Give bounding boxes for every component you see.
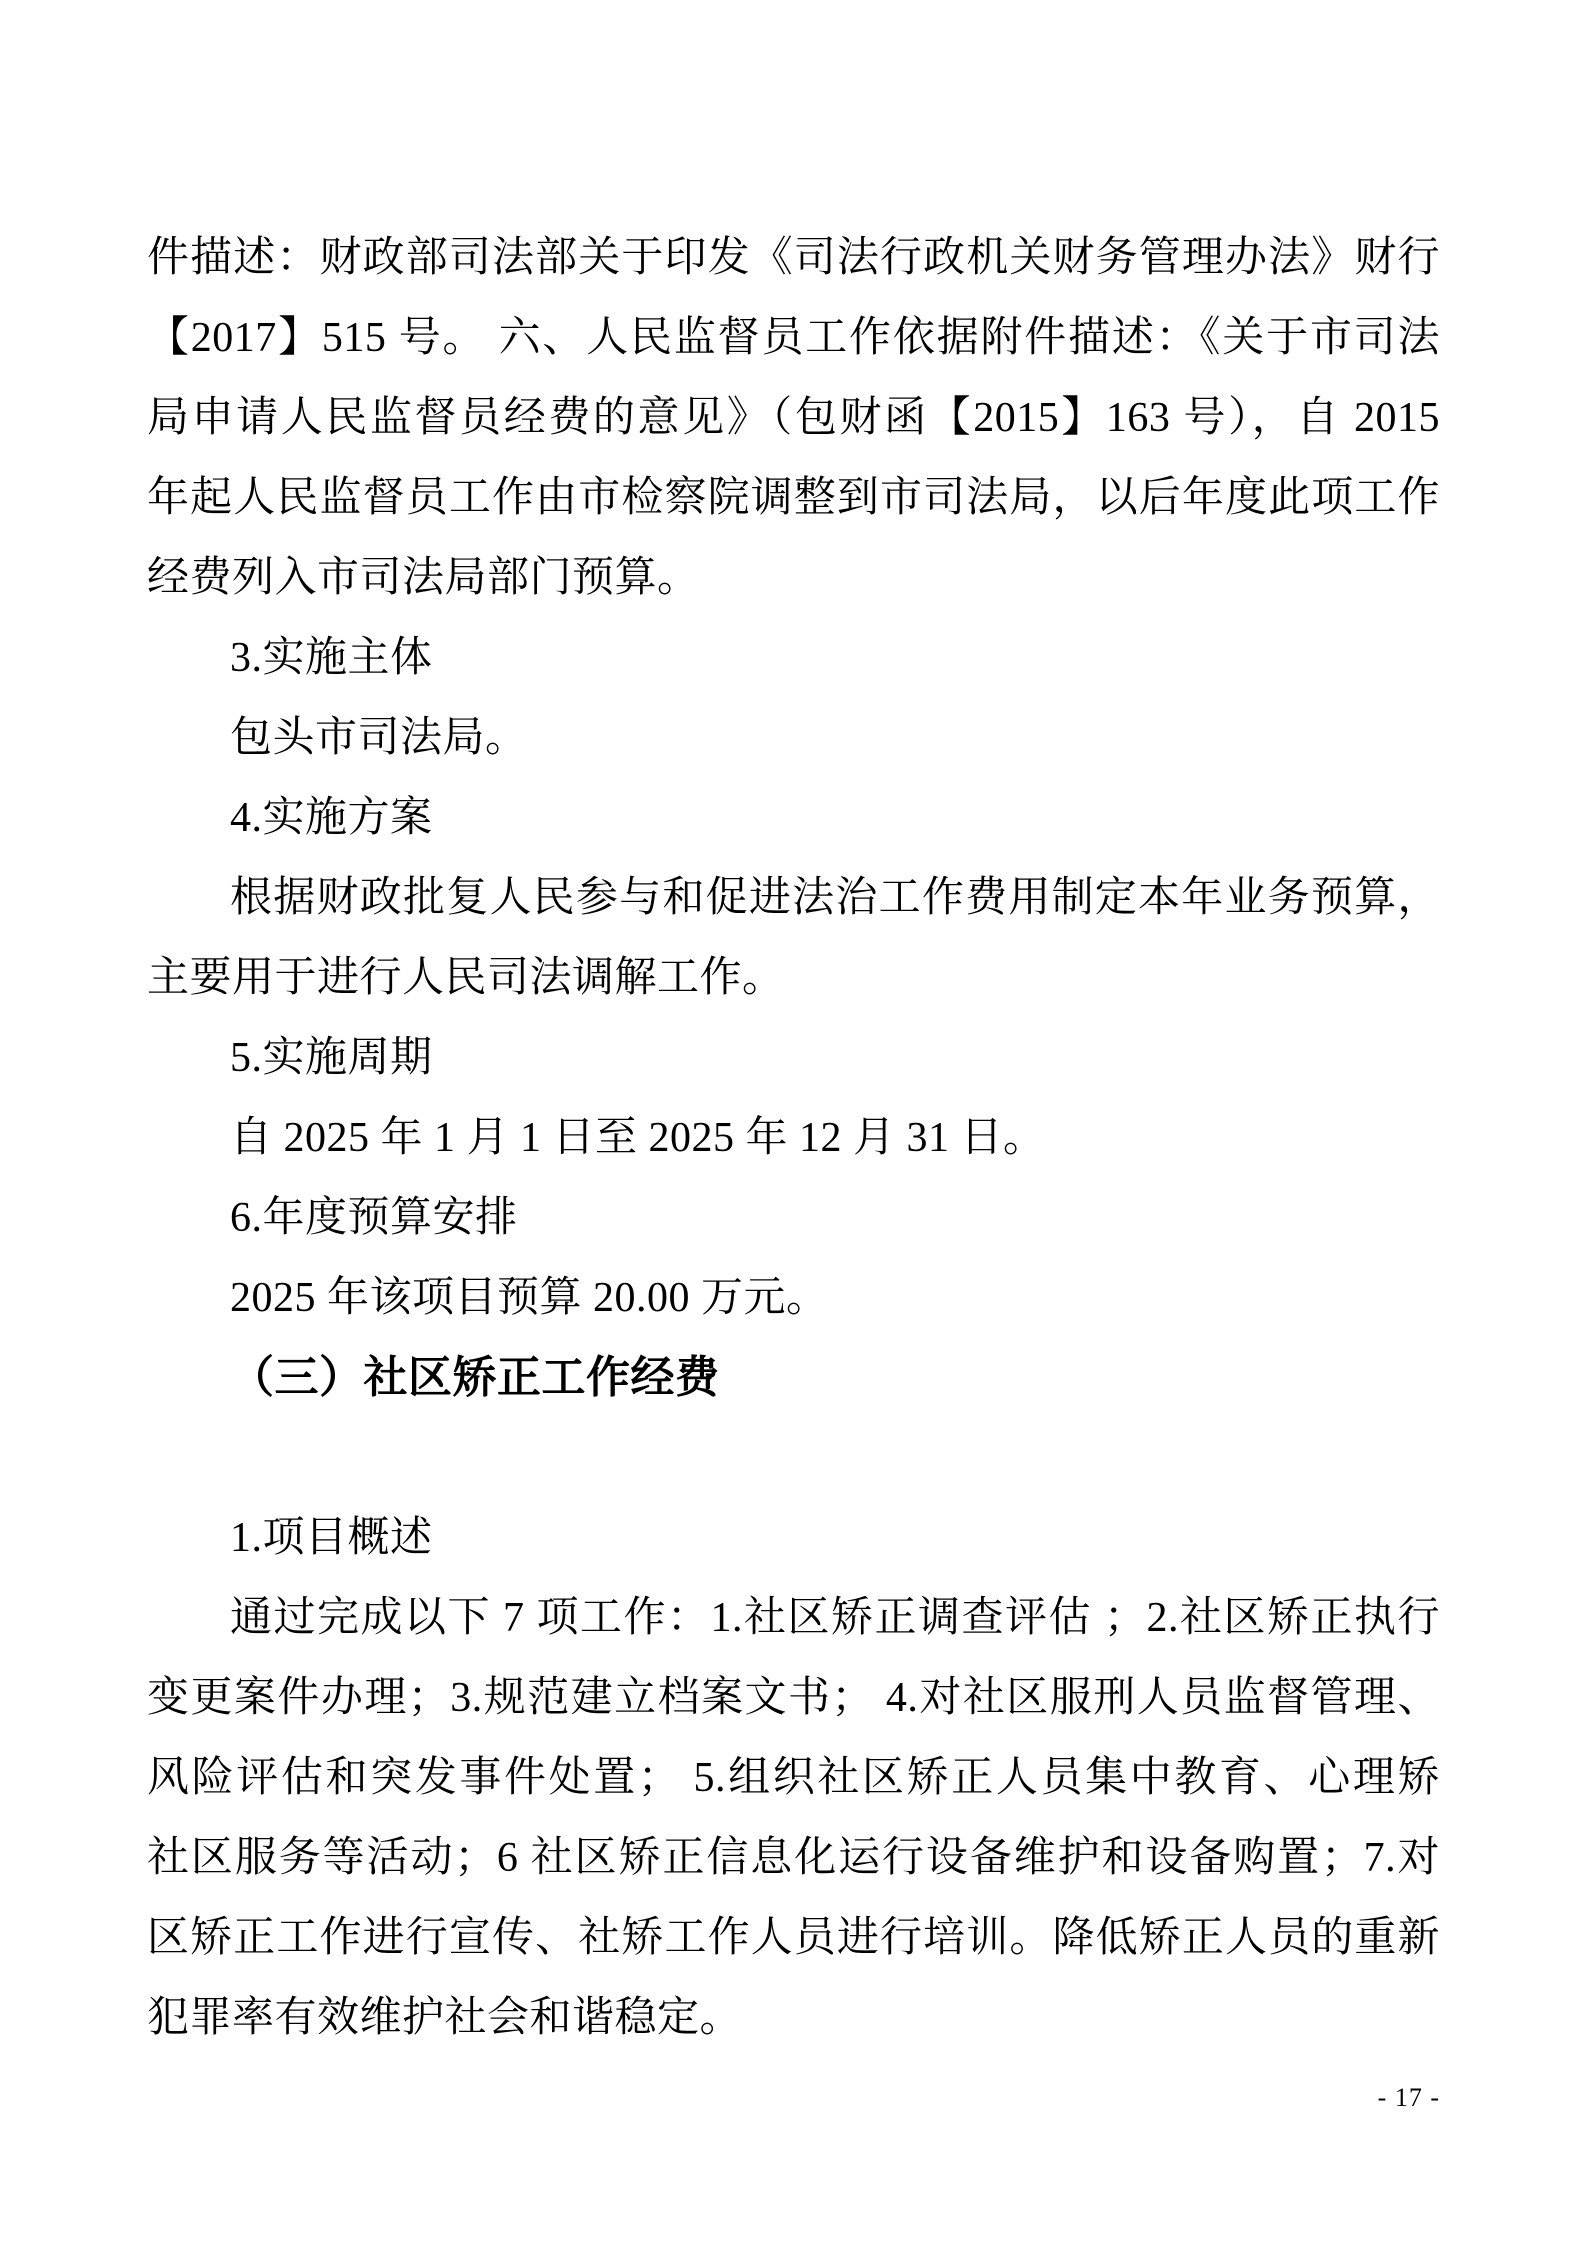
text-line: 年起人民监督员工作由市检察院调整到市司法局，以后年度此项工作 [147,458,1440,538]
text-line: 件描述：财政部司法部关于印发《司法行政机关财务管理办法》财行 [147,218,1440,298]
text-line: 局申请人民监督员经费的意见》（包财函【2015】163 号），自 2015 [147,378,1440,458]
blank-line [147,1418,1440,1498]
page-number: - 17 - [1378,2078,1440,2118]
text-line: 社区服务等活动；6 社区矫正信息化运行设备维护和设备购置；7.对社 [147,1818,1440,1898]
text-line: 犯罪率有效维护社会和谐稳定。 [147,1978,1440,2058]
text-line: 风险评估和突发事件处置； 5.组织社区矫正人员集中教育、心理矫正、 [147,1738,1440,1818]
text-line: 变更案件办理；3.规范建立档案文书； 4.对社区服刑人员监督管理、 [147,1658,1440,1738]
section-heading: （三）社区矫正工作经费 [147,1338,1440,1418]
text-line: 经费列入市司法局部门预算。 [147,538,1440,618]
text-line: 4.实施方案 [147,778,1440,858]
document-page: 件描述：财政部司法部关于印发《司法行政机关财务管理办法》财行【2017】515 … [0,0,1588,2245]
text-line: 自 2025 年 1 月 1 日至 2025 年 12 月 31 日。 [147,1098,1440,1178]
text-line: 区矫正工作进行宣传、社矫工作人员进行培训。降低矫正人员的重新 [147,1898,1440,1978]
text-line: 主要用于进行人民司法调解工作。 [147,938,1440,1018]
text-line: 2025 年该项目预算 20.00 万元。 [147,1258,1440,1338]
text-line: 包头市司法局。 [147,698,1440,778]
text-line: 通过完成以下 7 项工作：1.社区矫正调查评估 ；2.社区矫正执行 [147,1578,1440,1658]
text-line: 1.项目概述 [147,1498,1440,1578]
text-line: 5.实施周期 [147,1018,1440,1098]
text-line: 根据财政批复人民参与和促进法治工作费用制定本年业务预算， [147,858,1440,938]
document-body: 件描述：财政部司法部关于印发《司法行政机关财务管理办法》财行【2017】515 … [147,218,1440,2058]
text-line: 6.年度预算安排 [147,1178,1440,1258]
text-line: 3.实施主体 [147,618,1440,698]
text-line: 【2017】515 号。 六、人民监督员工作依据附件描述：《关于市司法 [147,298,1440,378]
